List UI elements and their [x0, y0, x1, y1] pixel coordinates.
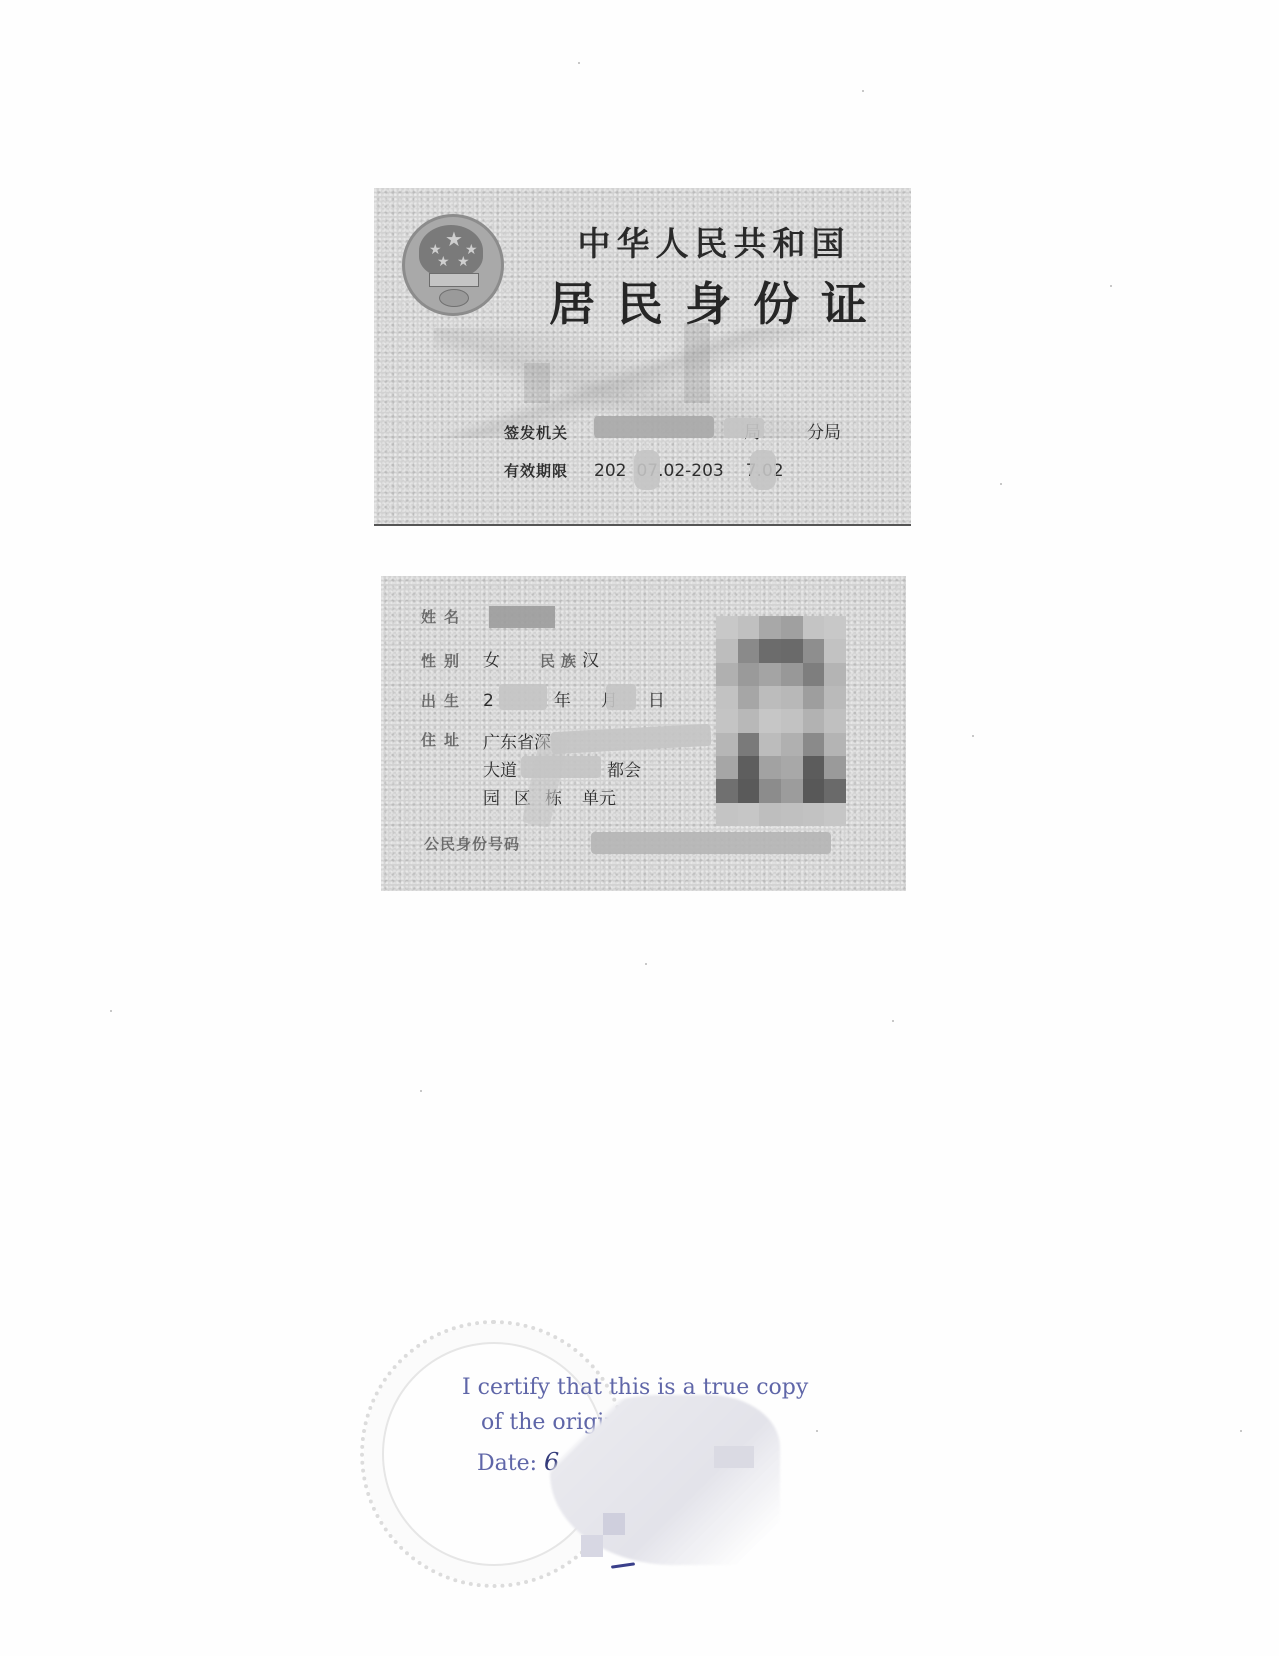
scan-speck [645, 963, 647, 965]
ethnicity-value: 汉 [582, 651, 599, 671]
redacted-photo [716, 616, 846, 826]
watermark-tower [524, 363, 550, 403]
scan-speck [892, 1020, 894, 1022]
birth-label: 出生 [421, 690, 483, 711]
id-card-back: 姓名 性别女民族汉 出生2年月日 住址 广东省深 大道都会 园区栋单元 公民身份… [381, 576, 906, 891]
sex-value: 女 [483, 651, 500, 671]
scan-speck [578, 62, 580, 64]
national-emblem-icon: ★ ★ ★ ★ ★ [402, 214, 504, 316]
scan-speck [816, 1430, 818, 1432]
redacted-birth-year [499, 684, 547, 710]
date-label: Date: [477, 1451, 537, 1476]
redacted-authority [594, 416, 714, 438]
redacted-block [581, 1535, 603, 1557]
name-field: 姓名 [421, 606, 483, 627]
redacted-validity-year-2 [750, 450, 776, 490]
address-line-3: 园区栋单元 [483, 785, 703, 813]
sex-ethnicity-field: 性别女民族汉 [421, 646, 599, 671]
scan-speck [1110, 285, 1112, 287]
scan-speck [1000, 483, 1002, 485]
scan-speck [972, 735, 974, 737]
redacted-name [489, 606, 555, 628]
redacted-id-number [591, 832, 831, 854]
id-card-front: ★ ★ ★ ★ ★ 中华人民共和国 居民身份证 签发机关局分局 有效期限2020… [374, 188, 911, 526]
watermark-tower [684, 323, 710, 403]
name-label: 姓名 [421, 606, 483, 627]
issuing-authority-label: 签发机关 [504, 424, 568, 442]
birth-day-unit: 日 [648, 691, 665, 711]
redacted-authority-2 [724, 418, 764, 438]
id-number-field: 公民身份号码 [424, 833, 550, 854]
redacted-block [603, 1513, 625, 1535]
id-number-label: 公民身份号码 [424, 833, 520, 854]
scan-speck [862, 90, 864, 92]
ethnicity-label: 民族 [540, 650, 582, 671]
scan-speck [1240, 1430, 1242, 1432]
scan-speck [110, 1010, 112, 1012]
birth-year: 2 [483, 691, 494, 711]
scan-speck [420, 1090, 422, 1092]
country-title: 中华人民共和国 [554, 218, 874, 265]
address-label: 住址 [421, 729, 483, 750]
address-field: 住址 广东省深 大道都会 园区栋单元 [421, 729, 483, 750]
sex-label: 性别 [421, 650, 483, 671]
redacted-validity-year [634, 450, 660, 490]
validity-label: 有效期限 [504, 462, 568, 480]
signature-stroke [611, 1562, 635, 1568]
birth-year-unit: 年 [554, 691, 571, 711]
card-title: 居民身份证 [534, 268, 904, 334]
issuing-authority-suffix: 分局 [807, 423, 841, 443]
redacted-block [714, 1446, 754, 1468]
validity-start: 202 [594, 461, 626, 481]
redacted-birth-day [606, 684, 636, 710]
